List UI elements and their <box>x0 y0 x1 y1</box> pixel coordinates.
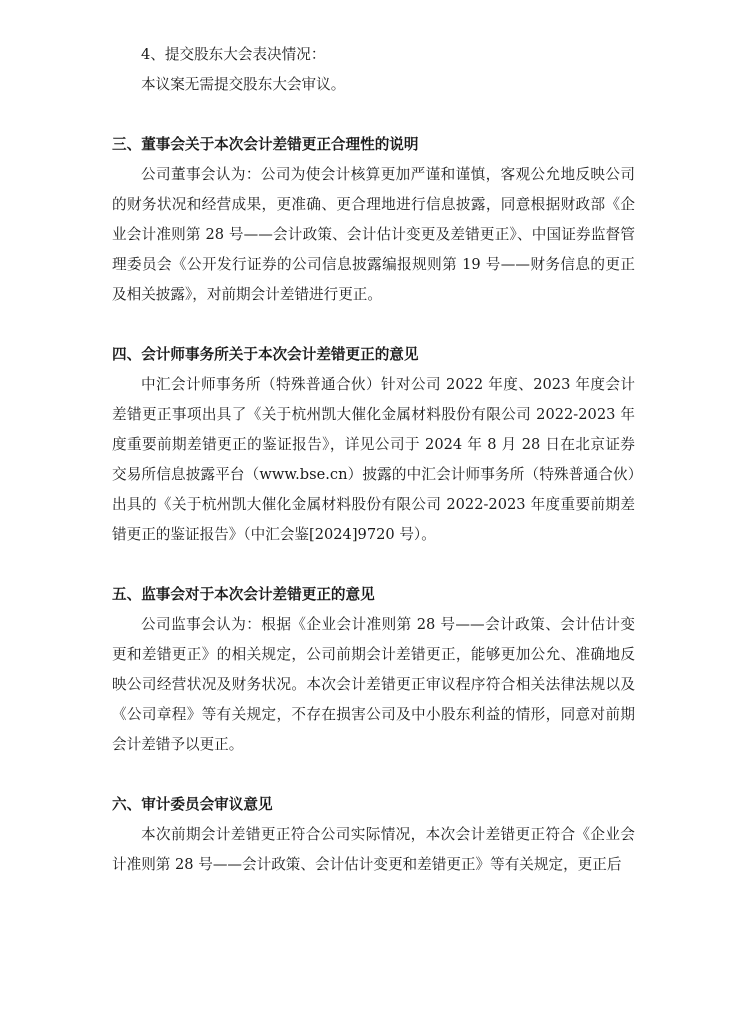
section-heading-board: 三、董事会关于本次会计差错更正合理性的说明 <box>112 130 635 160</box>
section-paragraph-auditor: 中汇会计师事务所（特殊普通合伙）针对公司 2022 年度、2023 年度会计差错… <box>112 370 635 550</box>
section-paragraph-supervisory: 公司监事会认为：根据《企业会计准则第 28 号——会计政策、会计估计变更和差错更… <box>112 610 635 760</box>
spacer <box>112 550 635 580</box>
item4-text: 本议案无需提交股东大会审议。 <box>112 70 635 100</box>
section-paragraph-board: 公司董事会认为：公司为使会计核算更加严谨和谨慎，客观公允地反映公司的财务状况和经… <box>112 160 635 310</box>
section-paragraph-audit-committee: 本次前期会计差错更正符合公司实际情况，本次会计差错更正符合《企业会计准则第 28… <box>112 820 635 880</box>
document-body: 4、提交股东大会表决情况： 本议案无需提交股东大会审议。 三、董事会关于本次会计… <box>112 40 635 880</box>
spacer <box>112 310 635 340</box>
item4-label: 4、提交股东大会表决情况： <box>112 40 635 70</box>
section-heading-supervisory: 五、监事会对于本次会计差错更正的意见 <box>112 580 635 610</box>
section-heading-auditor: 四、会计师事务所关于本次会计差错更正的意见 <box>112 340 635 370</box>
spacer <box>112 760 635 790</box>
section-heading-audit-committee: 六、审计委员会审议意见 <box>112 790 635 820</box>
spacer <box>112 100 635 130</box>
